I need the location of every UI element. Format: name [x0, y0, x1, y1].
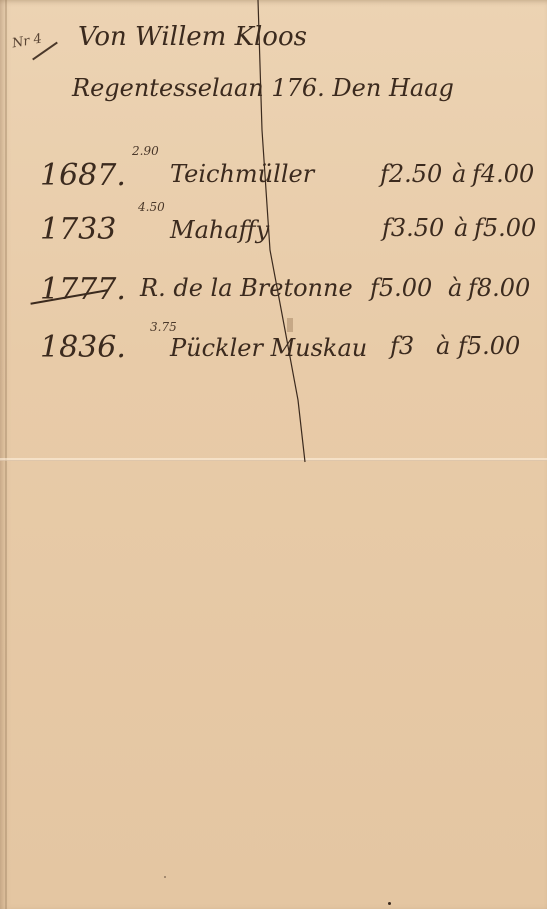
item-annotation: 2.90: [132, 144, 159, 158]
item-number: 1777.: [40, 272, 126, 307]
list-item: 1836. 3.75 Pückler Muskau f3 à f5.00: [40, 330, 545, 370]
handwritten-letter-page: Nr 4 Von Willem Kloos Regentesselaan 176…: [0, 0, 547, 909]
item-price-from: f3: [390, 332, 414, 360]
item-annotation: 4.50: [138, 200, 165, 214]
vertical-pencil-line: [0, 0, 547, 909]
item-price-from: f3.50: [382, 214, 444, 242]
sender-address: Regentesselaan 176. Den Haag: [72, 74, 454, 102]
item-connector: à: [436, 332, 450, 360]
sender-name: Von Willem Kloos: [78, 22, 307, 52]
item-connector: à: [454, 214, 468, 242]
item-number: 1733: [40, 212, 116, 247]
item-price-to: f8.00: [468, 274, 530, 302]
ink-spot: [388, 902, 391, 905]
item-price-from: f5.00: [370, 274, 432, 302]
ink-spot: [164, 876, 166, 878]
item-connector: à: [452, 160, 466, 188]
item-price-to: f4.00: [472, 160, 534, 188]
item-price-from: f2.50: [380, 160, 442, 188]
list-item: 1687. 2.90 Teichmüller f2.50 à f4.00: [40, 158, 545, 198]
item-number: 1687.: [40, 158, 126, 193]
item-name: Pückler Muskau: [170, 334, 367, 362]
list-item: 1733 4.50 Mahaffy f3.50 à f5.00: [40, 212, 545, 252]
item-price-to: f5.00: [474, 214, 536, 242]
list-item-struck: 1777. R. de la Bretonne f5.00 à f8.00: [40, 272, 545, 312]
item-name: Teichmüller: [170, 160, 314, 188]
item-connector: à: [448, 274, 462, 302]
item-annotation: 3.75: [150, 320, 177, 334]
item-name: Mahaffy: [170, 216, 269, 244]
item-number: 1836.: [40, 330, 126, 365]
item-price-to: f5.00: [458, 332, 520, 360]
item-name: R. de la Bretonne: [140, 274, 353, 302]
